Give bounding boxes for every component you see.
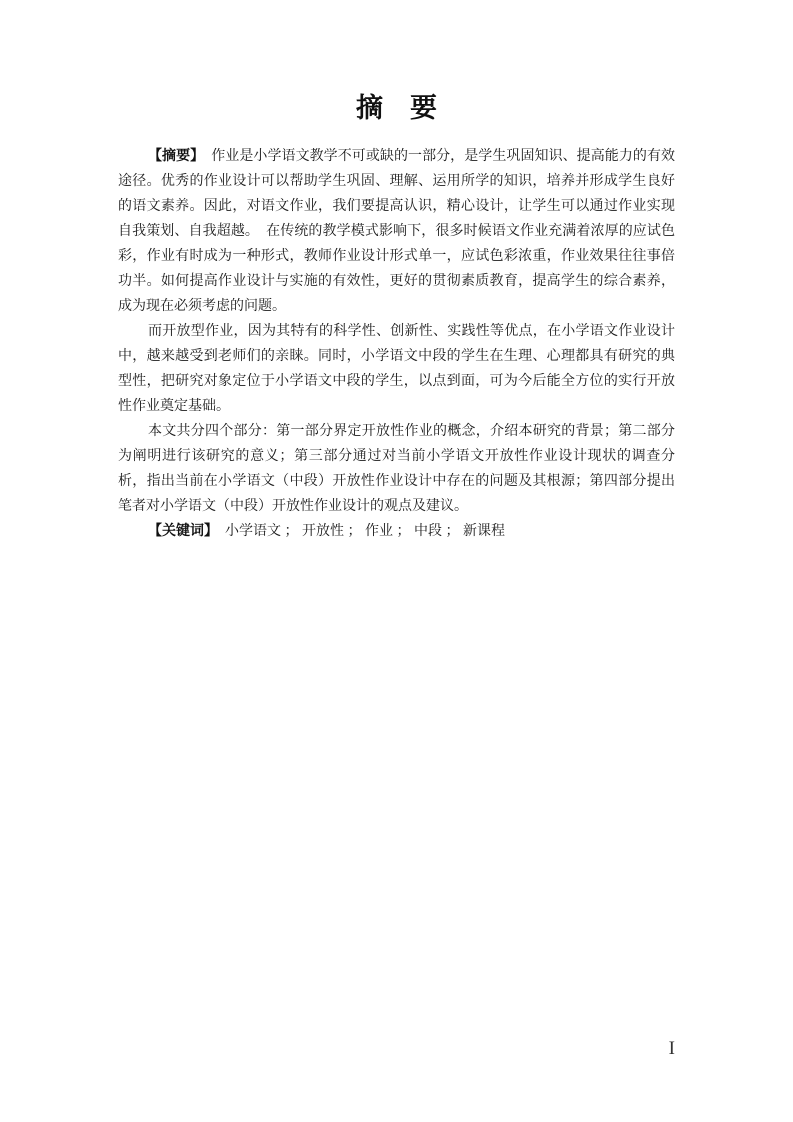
keywords-line: 【关键词】小学语文 ； 开放性 ； 作业 ； 中段 ； 新课程 — [118, 519, 675, 544]
page-number: I — [118, 1039, 675, 1058]
abstract-paragraph-3: 本文共分四个部分：第一部分界定开放性作业的概念，介绍本研究的背景；第二部分为阐明… — [118, 419, 675, 519]
page-title: 摘 要 — [118, 0, 675, 125]
abstract-page: 摘 要 【摘要】作业是小学语文教学不可或缺的一部分，是学生巩固知识、提高能力的有… — [0, 0, 793, 1122]
abstract-paragraph-3-text: 本文共分四个部分：第一部分界定开放性作业的概念，介绍本研究的背景；第二部分为阐明… — [118, 424, 675, 514]
abstract-content: 【摘要】作业是小学语文教学不可或缺的一部分，是学生巩固知识、提高能力的有效途径。… — [118, 144, 675, 544]
keywords-label: 【关键词】 — [148, 524, 218, 539]
abstract-label: 【摘要】 — [148, 149, 204, 164]
abstract-paragraph-2: 而开放型作业，因为其特有的科学性、创新性、实践性等优点，在小学语文作业设计中，越… — [118, 319, 675, 419]
abstract-paragraph-1-text: 作业是小学语文教学不可或缺的一部分，是学生巩固知识、提高能力的有效途径。优秀的作… — [118, 149, 675, 314]
abstract-paragraph-2-text: 而开放型作业，因为其特有的科学性、创新性、实践性等优点，在小学语文作业设计中，越… — [118, 324, 675, 414]
abstract-paragraph-1: 【摘要】作业是小学语文教学不可或缺的一部分，是学生巩固知识、提高能力的有效途径。… — [118, 144, 675, 319]
keywords-text: 小学语文 ； 开放性 ； 作业 ； 中段 ； 新课程 — [225, 524, 505, 539]
